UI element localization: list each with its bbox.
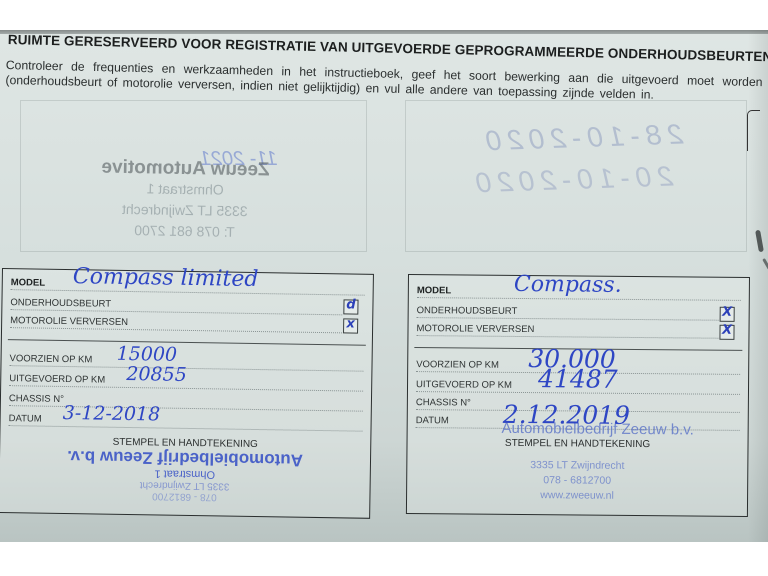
datum-label: DATUM bbox=[416, 415, 449, 426]
voorzien-label: VOORZIEN OP KM bbox=[416, 359, 499, 371]
divider bbox=[8, 339, 366, 346]
chassis-label: CHASSIS N° bbox=[9, 393, 64, 405]
uitgevoerd-value[interactable]: 41487 bbox=[538, 364, 618, 394]
service-entry-2: MODEL Compass. ONDERHOUDSBEURT X MOTOROL… bbox=[406, 274, 750, 517]
voorzien-label: VOORZIEN OP KM bbox=[9, 353, 92, 365]
model-label: MODEL bbox=[11, 277, 45, 289]
motorolie-checkbox[interactable]: X bbox=[719, 325, 734, 340]
datum-value[interactable]: 2.12.2019 bbox=[503, 400, 630, 430]
motorolie-checkbox[interactable]: x bbox=[343, 318, 358, 333]
instructions: Controleer de frequenties en werkzaamhed… bbox=[5, 58, 765, 105]
x-mark-icon: X bbox=[720, 323, 733, 338]
x-mark-icon: X bbox=[721, 305, 734, 320]
stamp-address: 3335 LT Zwijndrecht 078 - 6812700 www.zw… bbox=[407, 457, 747, 505]
datum-label: DATUM bbox=[9, 413, 42, 425]
onderhoudsbeurt-label: ONDERHOUDSBEURT bbox=[417, 305, 518, 317]
chassis-label: CHASSIS N° bbox=[416, 397, 471, 408]
service-entry-1: MODEL Compass limited ONDERHOUDSBEURT d … bbox=[0, 268, 374, 519]
check-mark-icon: d bbox=[344, 297, 357, 312]
model-value[interactable]: Compass limited bbox=[73, 264, 259, 292]
next-page-edge bbox=[747, 110, 760, 151]
ghost-stamp-mirrored: Zeeuw Automotive Ohmstraat 1 3335 LT Zwi… bbox=[79, 156, 290, 244]
stempel-label: STEMPEL EN HANDTEKENING bbox=[407, 437, 747, 451]
uitgevoerd-value[interactable]: 20855 bbox=[126, 363, 187, 386]
stamp-website: www.zweeuw.nl bbox=[407, 487, 747, 505]
ghost-stamp-name: Zeeuw Automotive bbox=[80, 156, 290, 181]
datum-value[interactable]: 3-12-2018 bbox=[63, 402, 161, 426]
motorolie-label: MOTOROLIE VERVERSEN bbox=[10, 315, 128, 328]
model-label: MODEL bbox=[417, 285, 451, 296]
page-top-edge bbox=[0, 30, 768, 34]
onderhoudsbeurt-checkbox[interactable]: X bbox=[720, 307, 735, 322]
uitgevoerd-label: UITGEVOERD OP KM bbox=[9, 373, 105, 386]
motorolie-label: MOTOROLIE VERVERSEN bbox=[416, 323, 534, 335]
ghost-stamp-phone: T: 078 681 2700 bbox=[79, 219, 289, 244]
page-heading: RUIMTE GERESERVEERD VOOR REGISTRATIE VAN… bbox=[8, 32, 768, 64]
page-right-shadow bbox=[748, 30, 768, 542]
model-value[interactable]: Compass. bbox=[514, 272, 622, 298]
motorolie-row: MOTOROLIE VERVERSEN bbox=[10, 315, 342, 336]
service-record-page: RUIMTE GERESERVEERD VOOR REGISTRATIE VAN… bbox=[0, 30, 768, 542]
check-mark-icon: x bbox=[344, 316, 357, 331]
onderhoudsbeurt-label: ONDERHOUDSBEURT bbox=[10, 297, 111, 310]
motorolie-row: MOTOROLIE VERVERSEN bbox=[416, 323, 718, 342]
onderhoudsbeurt-checkbox[interactable]: d bbox=[343, 299, 358, 314]
onderhoudsbeurt-row: ONDERHOUDSBEURT bbox=[417, 305, 719, 324]
uitgevoerd-label: UITGEVOERD OP KM bbox=[416, 379, 512, 391]
